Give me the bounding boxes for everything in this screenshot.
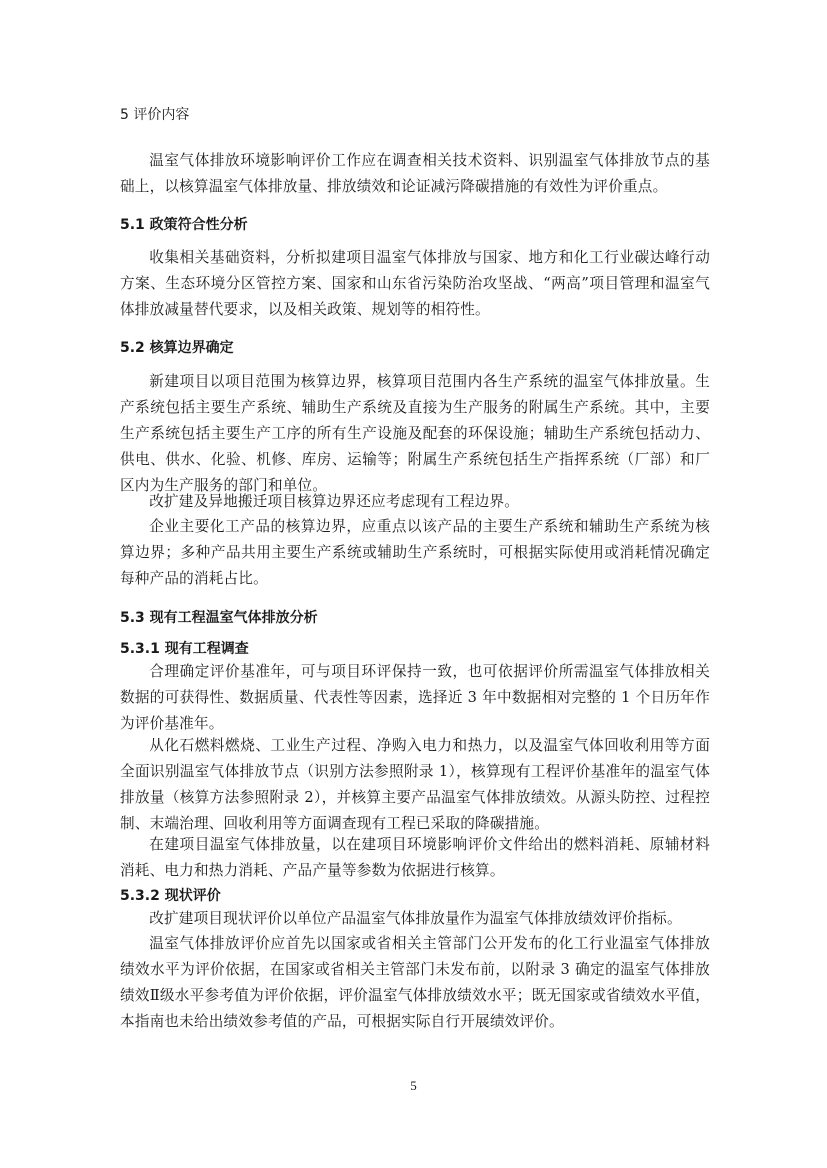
section-5-1-paragraph: 收集相关基础资料，分析拟建项目温室气体排放与国家、地方和化工行业碳达峰行动方案、… xyxy=(120,245,710,323)
section-5-2-heading: 5.2 核算边界确定 xyxy=(120,337,234,357)
section-5-2-paragraph-1: 新建项目以项目范围为核算边界，核算项目范围内各生产系统的温室气体排放量。生产系统… xyxy=(120,369,710,499)
section-5-3-1-heading: 5.3.1 现有工程调查 xyxy=(120,638,249,658)
section-5-3-1-paragraph-2: 从化石燃料燃烧、工业生产过程、净购入电力和热力，以及温室气体回收利用等方面全面识… xyxy=(120,733,710,837)
section-5-3-2-paragraph-1: 改扩建项目现状评价以单位产品温室气体排放量作为温室气体排放绩效评价指标。 xyxy=(120,906,710,932)
section-5-3-1-paragraph-3: 在建项目温室气体排放量，以在建项目环境影响评价文件给出的燃料消耗、原辅材料消耗、… xyxy=(120,832,710,884)
section-5-3-heading: 5.3 现有工程温室气体排放分析 xyxy=(120,607,318,627)
section-5-intro: 温室气体排放环境影响评价工作应在调查相关技术资料、识别温室气体排放节点的基础上，… xyxy=(120,148,710,200)
page-number: 5 xyxy=(0,1078,827,1094)
section-5-2-paragraph-2: 改扩建及异地搬迁项目核算边界还应考虑现有工程边界。 xyxy=(120,489,710,515)
section-5-3-2-heading: 5.3.2 现状评价 xyxy=(120,885,221,905)
section-5-1-heading: 5.1 政策符合性分析 xyxy=(120,214,248,234)
section-5-3-1-paragraph-1: 合理确定评价基准年，可与项目环评保持一致，也可依据评价所需温室气体排放相关数据的… xyxy=(120,659,710,737)
section-5-heading: 5 评价内容 xyxy=(120,104,189,124)
section-5-3-2-paragraph-2: 温室气体排放评价应首先以国家或省相关主管部门公开发布的化工行业温室气体排放绩效水… xyxy=(120,931,710,1035)
section-5-2-paragraph-3: 企业主要化工产品的核算边界，应重点以该产品的主要生产系统和辅助生产系统为核算边界… xyxy=(120,514,710,592)
